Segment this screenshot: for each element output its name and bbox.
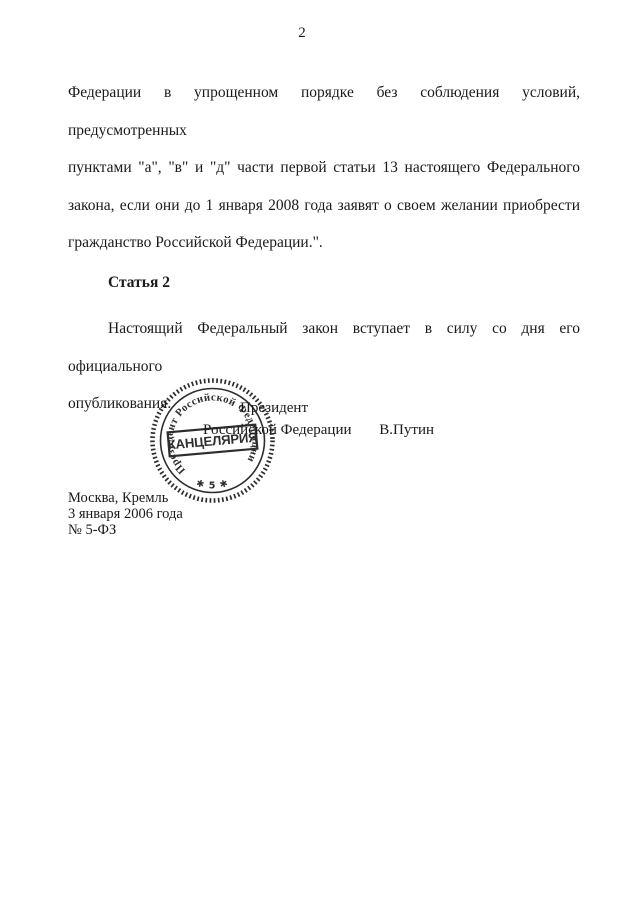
page-number: 2 — [0, 25, 604, 42]
article-heading: Статья 2 — [68, 264, 580, 302]
footer-line: 3 января 2006 года — [68, 506, 183, 522]
document-page: 2 Федерации в упрощенном порядке без соб… — [0, 0, 640, 905]
text-line: пунктами "а", "в" и "д" части первой ста… — [68, 149, 580, 187]
paragraph-continuation: Федерации в упрощенном порядке без соблю… — [68, 74, 580, 262]
text-line: закона, если они до 1 января 2008 года з… — [68, 187, 580, 225]
footer-line: № 5-ФЗ — [68, 522, 183, 538]
document-body: Федерации в упрощенном порядке без соблю… — [68, 74, 580, 423]
text-line: Федерации в упрощенном порядке без соблю… — [68, 74, 580, 149]
chancellery-stamp-icon: Президент Российской Федерации ✱ 5 ✱ КАН… — [149, 377, 276, 504]
signatory-name: В.Путин — [379, 421, 434, 439]
text-line: Настоящий Федеральный закон вступает в с… — [68, 310, 580, 385]
stamp-center-box: КАНЦЕЛЯРИЯ — [167, 425, 259, 457]
place-date-block: Москва, Кремль3 января 2006 года№ 5-ФЗ — [68, 490, 183, 538]
text-line: гражданство Российской Федерации.". — [68, 224, 580, 262]
stamp-number-text: ✱ 5 ✱ — [195, 478, 230, 492]
footer-line: Москва, Кремль — [68, 490, 183, 506]
